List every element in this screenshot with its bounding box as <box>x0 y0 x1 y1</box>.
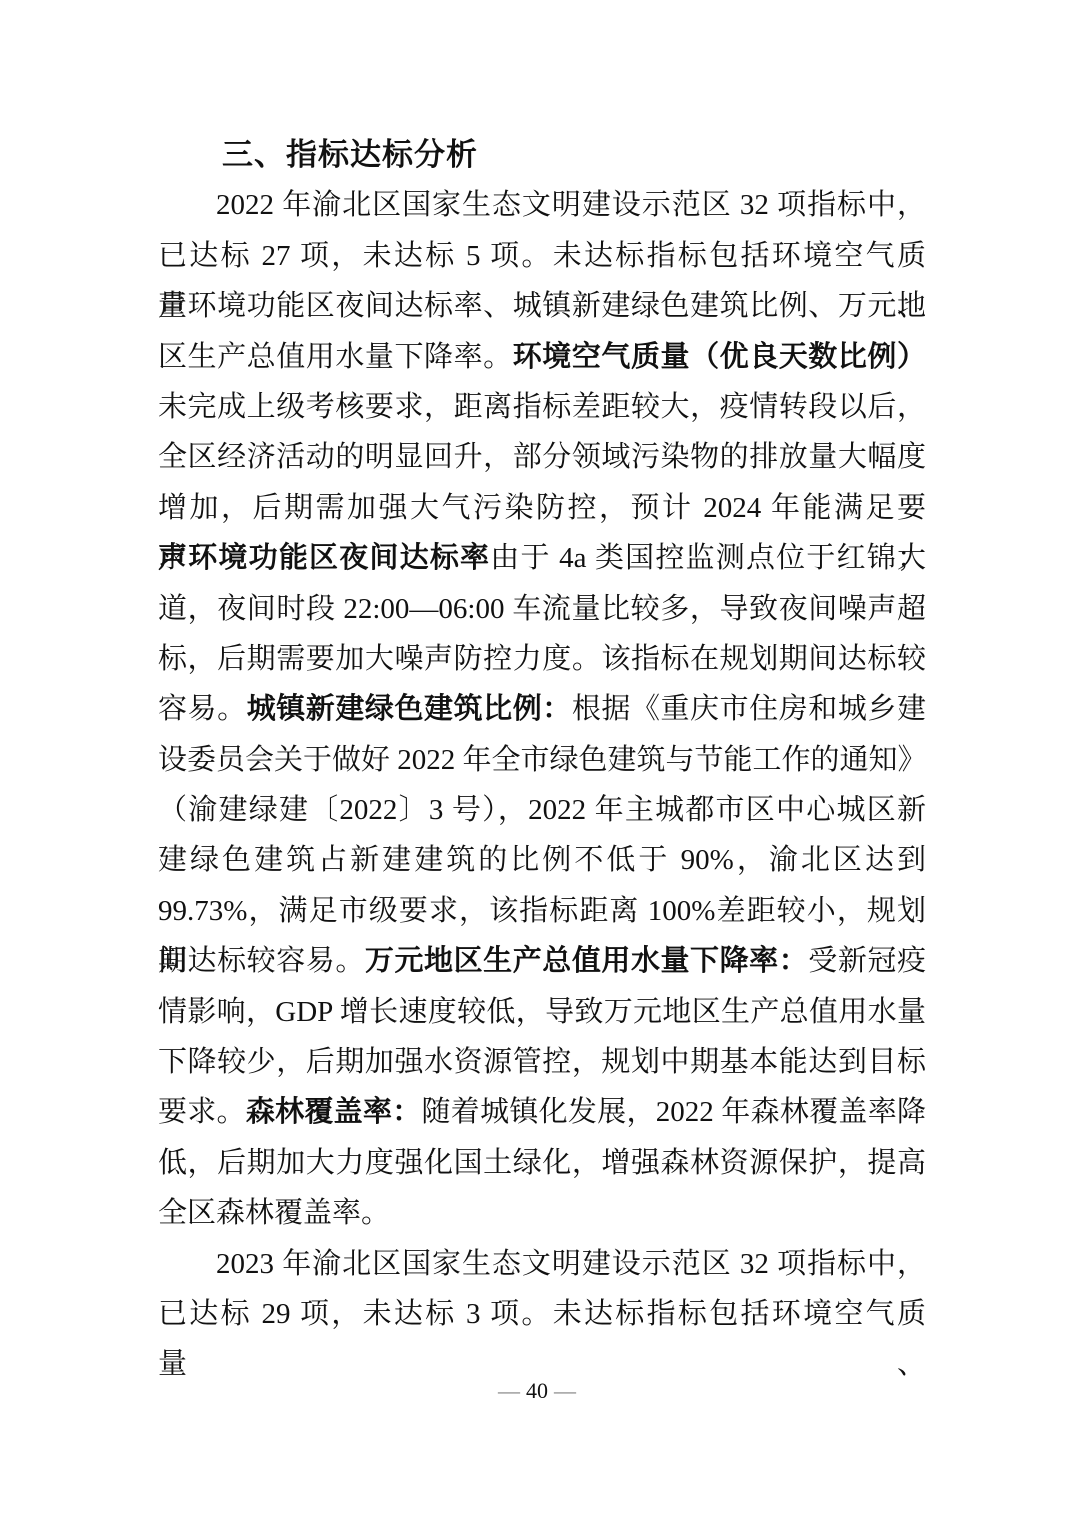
text-line: 全区经济活动的明显回升，部分领域污染物的排放量大幅度 <box>158 432 926 482</box>
page-number: 40 <box>520 1378 554 1403</box>
text-run: 声环境功能区夜间达标率、城镇新建绿色建筑比例、万元地 <box>158 290 926 322</box>
text-run: 由于 4a 类国控监测点位于红锦大 <box>490 542 926 574</box>
text-run: 标，后期需要加大噪声防控力度。该指标在规划期间达标较 <box>158 643 926 675</box>
text-run: 设委员会关于做好 2022 年全市绿色建筑与节能工作的通知》 <box>158 744 927 776</box>
text-run: 2022 年渝北区国家生态文明建设示范区 32 项指标中， <box>216 189 926 221</box>
text-run: 间达标较容易。 <box>158 945 365 977</box>
text-line: 道，夜间时段 22:00—06:00 车流量比较多，导致夜间噪声超 <box>158 584 926 634</box>
document-body: 三、指标达标分析 2022 年渝北区国家生态文明建设示范区 32 项指标中，已达… <box>158 130 926 1339</box>
text-run: （渝建绿建〔2022〕3 号），2022 年主城都市区中心城区新 <box>158 794 926 826</box>
text-run: 根据《重庆市住房和城乡建 <box>572 693 926 725</box>
text-run: 下降较少，后期加强水资源管控，规划中期基本能达到目标 <box>158 1046 926 1078</box>
text-line: 已达标 29 项，未达标 3 项。未达标指标包括环境空气质量、 <box>158 1289 926 1339</box>
text-line: 要求。森林覆盖率：随着城镇化发展，2022 年森林覆盖率降 <box>158 1087 926 1137</box>
text-line: 容易。城镇新建绿色建筑比例：根据《重庆市住房和城乡建 <box>158 684 926 734</box>
text-line: 声环境功能区夜间达标率由于 4a 类国控监测点位于红锦大 <box>158 533 926 583</box>
text-run: 已达标 29 项，未达标 3 项。未达标指标包括环境空气质量、 <box>158 1298 926 1380</box>
text-line: 低，后期加大力度强化国土绿化，增强森林资源保护，提高 <box>158 1138 926 1188</box>
footer-dash-left: — <box>498 1378 520 1403</box>
text-run: 道，夜间时段 22:00—06:00 车流量比较多，导致夜间噪声超 <box>158 593 926 625</box>
document-page: 三、指标达标分析 2022 年渝北区国家生态文明建设示范区 32 项指标中，已达… <box>0 0 1074 1520</box>
text-line: 声环境功能区夜间达标率、城镇新建绿色建筑比例、万元地 <box>158 281 926 331</box>
text-line: 99.73%，满足市级要求，该指标距离 100%差距较小，规划期 <box>158 886 926 936</box>
text-line: 2022 年渝北区国家生态文明建设示范区 32 项指标中， <box>158 180 926 230</box>
text-line: 未完成上级考核要求，距离指标差距较大，疫情转段以后， <box>158 382 926 432</box>
text-line: 设委员会关于做好 2022 年全市绿色建筑与节能工作的通知》 <box>158 735 926 785</box>
paragraphs-container: 2022 年渝北区国家生态文明建设示范区 32 项指标中，已达标 27 项，未达… <box>158 180 926 1339</box>
text-run: 受新冠疫 <box>808 945 926 977</box>
text-line: 全区森林覆盖率。 <box>158 1188 926 1238</box>
text-line: 下降较少，后期加强水资源管控，规划中期基本能达到目标 <box>158 1037 926 1087</box>
text-line: 情影响，GDP 增长速度较低，导致万元地区生产总值用水量 <box>158 987 926 1037</box>
text-run: 建绿色建筑占新建建筑的比例不低于 90%，渝北区达到 <box>158 844 926 876</box>
text-line: 区生产总值用水量下降率。环境空气质量（优良天数比例） <box>158 332 926 382</box>
text-run: 要求。 <box>158 1096 246 1128</box>
bold-term: 森林覆盖率： <box>246 1096 422 1128</box>
text-line: （渝建绿建〔2022〕3 号），2022 年主城都市区中心城区新 <box>158 785 926 835</box>
text-run: 低，后期加大力度强化国土绿化，增强森林资源保护，提高 <box>158 1147 926 1179</box>
page-footer: —40— <box>0 1376 1074 1406</box>
text-run: 未完成上级考核要求，距离指标差距较大，疫情转段以后， <box>158 391 926 423</box>
bold-term: 环境空气质量（优良天数比例） <box>513 341 926 373</box>
text-run: 全区森林覆盖率。 <box>158 1197 390 1229</box>
bold-term: 万元地区生产总值用水量下降率： <box>365 945 808 977</box>
text-run: 情影响，GDP 增长速度较低，导致万元地区生产总值用水量 <box>158 996 926 1028</box>
text-run: 2023 年渝北区国家生态文明建设示范区 32 项指标中， <box>216 1248 926 1280</box>
text-run: 区生产总值用水量下降率。 <box>158 341 513 373</box>
text-line: 标，后期需要加大噪声防控力度。该指标在规划期间达标较 <box>158 634 926 684</box>
text-line: 建绿色建筑占新建建筑的比例不低于 90%，渝北区达到 <box>158 835 926 885</box>
footer-dash-right: — <box>554 1378 576 1403</box>
text-run: 随着城镇化发展，2022 年森林覆盖率降 <box>422 1096 926 1128</box>
text-line: 间达标较容易。万元地区生产总值用水量下降率：受新冠疫 <box>158 936 926 986</box>
text-line: 2023 年渝北区国家生态文明建设示范区 32 项指标中， <box>158 1239 926 1289</box>
text-line: 已达标 27 项，未达标 5 项。未达标指标包括环境空气质量、 <box>158 231 926 281</box>
text-run: 全区经济活动的明显回升，部分领域污染物的排放量大幅度 <box>158 441 926 473</box>
bold-term: 城镇新建绿色建筑比例： <box>247 693 572 725</box>
text-run: 容易。 <box>158 693 247 725</box>
section-heading: 三、指标达标分析 <box>158 130 926 180</box>
bold-term: 声环境功能区夜间达标率 <box>158 542 490 574</box>
text-line: 增加，后期需加强大气污染防控，预计 2024 年能满足要求； <box>158 483 926 533</box>
